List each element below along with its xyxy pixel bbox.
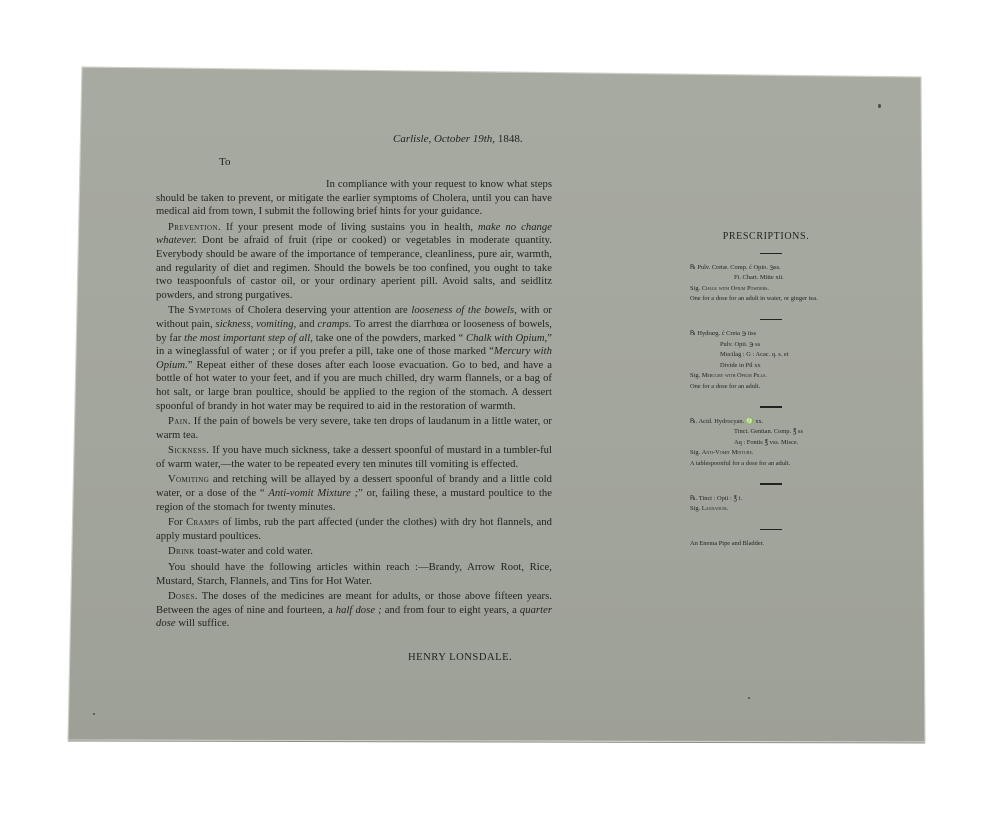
cramps-paragraph: For Cramps of limbs, rub the part affect… bbox=[156, 516, 552, 543]
section-divider bbox=[760, 319, 782, 320]
vomiting-paragraph: Vomiting and retching will be allayed by… bbox=[156, 473, 552, 514]
doses-paragraph: Doses. The doses of the medicines are me… bbox=[156, 590, 552, 631]
section-heading: Drink bbox=[168, 546, 195, 557]
paper-speck bbox=[93, 713, 95, 715]
prescription-line: ℞. Tinct : Opii : ℥ i. bbox=[690, 494, 870, 505]
section-heading: Vomiting bbox=[168, 474, 209, 485]
prescription-line: Ft. Chart. Mitte xii. bbox=[690, 273, 870, 284]
prevention-paragraph: Prevention. If your present mode of livi… bbox=[156, 221, 552, 303]
paper-speck bbox=[748, 697, 750, 699]
prescription-line: An Enema Pipe and Bladder. bbox=[690, 539, 870, 550]
prescription-line: Sig. Mercury with Opium Pills. bbox=[690, 371, 870, 382]
sickness-paragraph: Sickness. If you have much sickness, tak… bbox=[156, 444, 552, 471]
prescription-line: Sig. Chalk with Opium Powders. bbox=[690, 284, 870, 295]
section-divider bbox=[760, 406, 782, 407]
salutation: To bbox=[219, 156, 230, 168]
section-heading: Pain. bbox=[168, 416, 191, 427]
prescription-item: ℞ Pulv. Cretæ. Comp. ć Opio. ℈ss.Ft. Cha… bbox=[690, 263, 870, 305]
section-heading: Prevention. bbox=[168, 222, 221, 233]
prescription-item: ℞. Tinct : Opii : ℥ i.Sig. Laudanum. bbox=[690, 494, 870, 515]
paper-speck bbox=[878, 104, 881, 108]
prescription-line: Divide in Pil xx bbox=[690, 361, 870, 372]
prescriptions-title: PRESCRIPTIONS. bbox=[676, 232, 856, 243]
section-heading: Sickness. bbox=[168, 445, 209, 456]
symptoms-paragraph: The Symptoms of Cholera deserving your a… bbox=[156, 304, 552, 413]
prescription-line: ℞. Acid. Hydrocyan. ♍ xx. bbox=[690, 417, 870, 428]
prescription-line: One for a dose for an adult in water, or… bbox=[690, 294, 870, 305]
pain-paragraph: Pain. If the pain of bowels be very seve… bbox=[156, 415, 552, 442]
signature: HENRY LONSDALE. bbox=[408, 652, 512, 663]
dateline: Carlisle, October 19th, 1848. bbox=[393, 133, 523, 145]
section-heading: Symptoms bbox=[188, 305, 232, 316]
section-heading: Cramps bbox=[186, 517, 219, 528]
prescription-line: ℞ Pulv. Cretæ. Comp. ć Opio. ℈ss. bbox=[690, 263, 870, 274]
section-divider bbox=[760, 529, 782, 530]
dateline-date: October 19th, bbox=[434, 133, 495, 145]
prescription-line: Pulv. Opii. ℈ ss bbox=[690, 340, 870, 351]
prescription-line: Sig. Laudanum. bbox=[690, 504, 870, 515]
prescription-line: A tablespoonful for a dose for an adult. bbox=[690, 459, 870, 470]
dateline-place: Carlisle, bbox=[393, 133, 431, 145]
letter-body: In compliance with your request to know … bbox=[156, 178, 552, 633]
intro-paragraph: In compliance with your request to know … bbox=[156, 178, 552, 219]
dateline-year: 1848. bbox=[498, 133, 523, 145]
prescription-line: Aq : Fontis ℥ vss. Misce. bbox=[690, 438, 870, 449]
prescription-item: ℞ Hydrarg. ć Creta ℈ iissPulv. Opii. ℈ s… bbox=[690, 329, 870, 392]
prescription-line: Tinct. Gentian. Comp. ℥ ss bbox=[690, 427, 870, 438]
articles-paragraph: You should have the following articles w… bbox=[156, 561, 552, 588]
section-heading: Doses. bbox=[168, 591, 198, 602]
prescriptions-column: PRESCRIPTIONS. ℞ Pulv. Cretæ. Comp. ć Op… bbox=[690, 232, 870, 557]
section-divider bbox=[760, 483, 782, 484]
drink-paragraph: Drink toast-water and cold water. bbox=[156, 545, 552, 559]
section-divider bbox=[760, 253, 782, 254]
prescription-line: Sig. Anti-Vomit Mixture. bbox=[690, 448, 870, 459]
prescription-line: Mucilag : G : Acac. q. s. et bbox=[690, 350, 870, 361]
prescription-item: ℞. Acid. Hydrocyan. ♍ xx.Tinct. Gentian.… bbox=[690, 417, 870, 470]
prescription-item: An Enema Pipe and Bladder. bbox=[690, 539, 870, 550]
prescription-line: One for a dose for an adult. bbox=[690, 382, 870, 393]
prescription-line: ℞ Hydrarg. ć Creta ℈ iiss bbox=[690, 329, 870, 340]
